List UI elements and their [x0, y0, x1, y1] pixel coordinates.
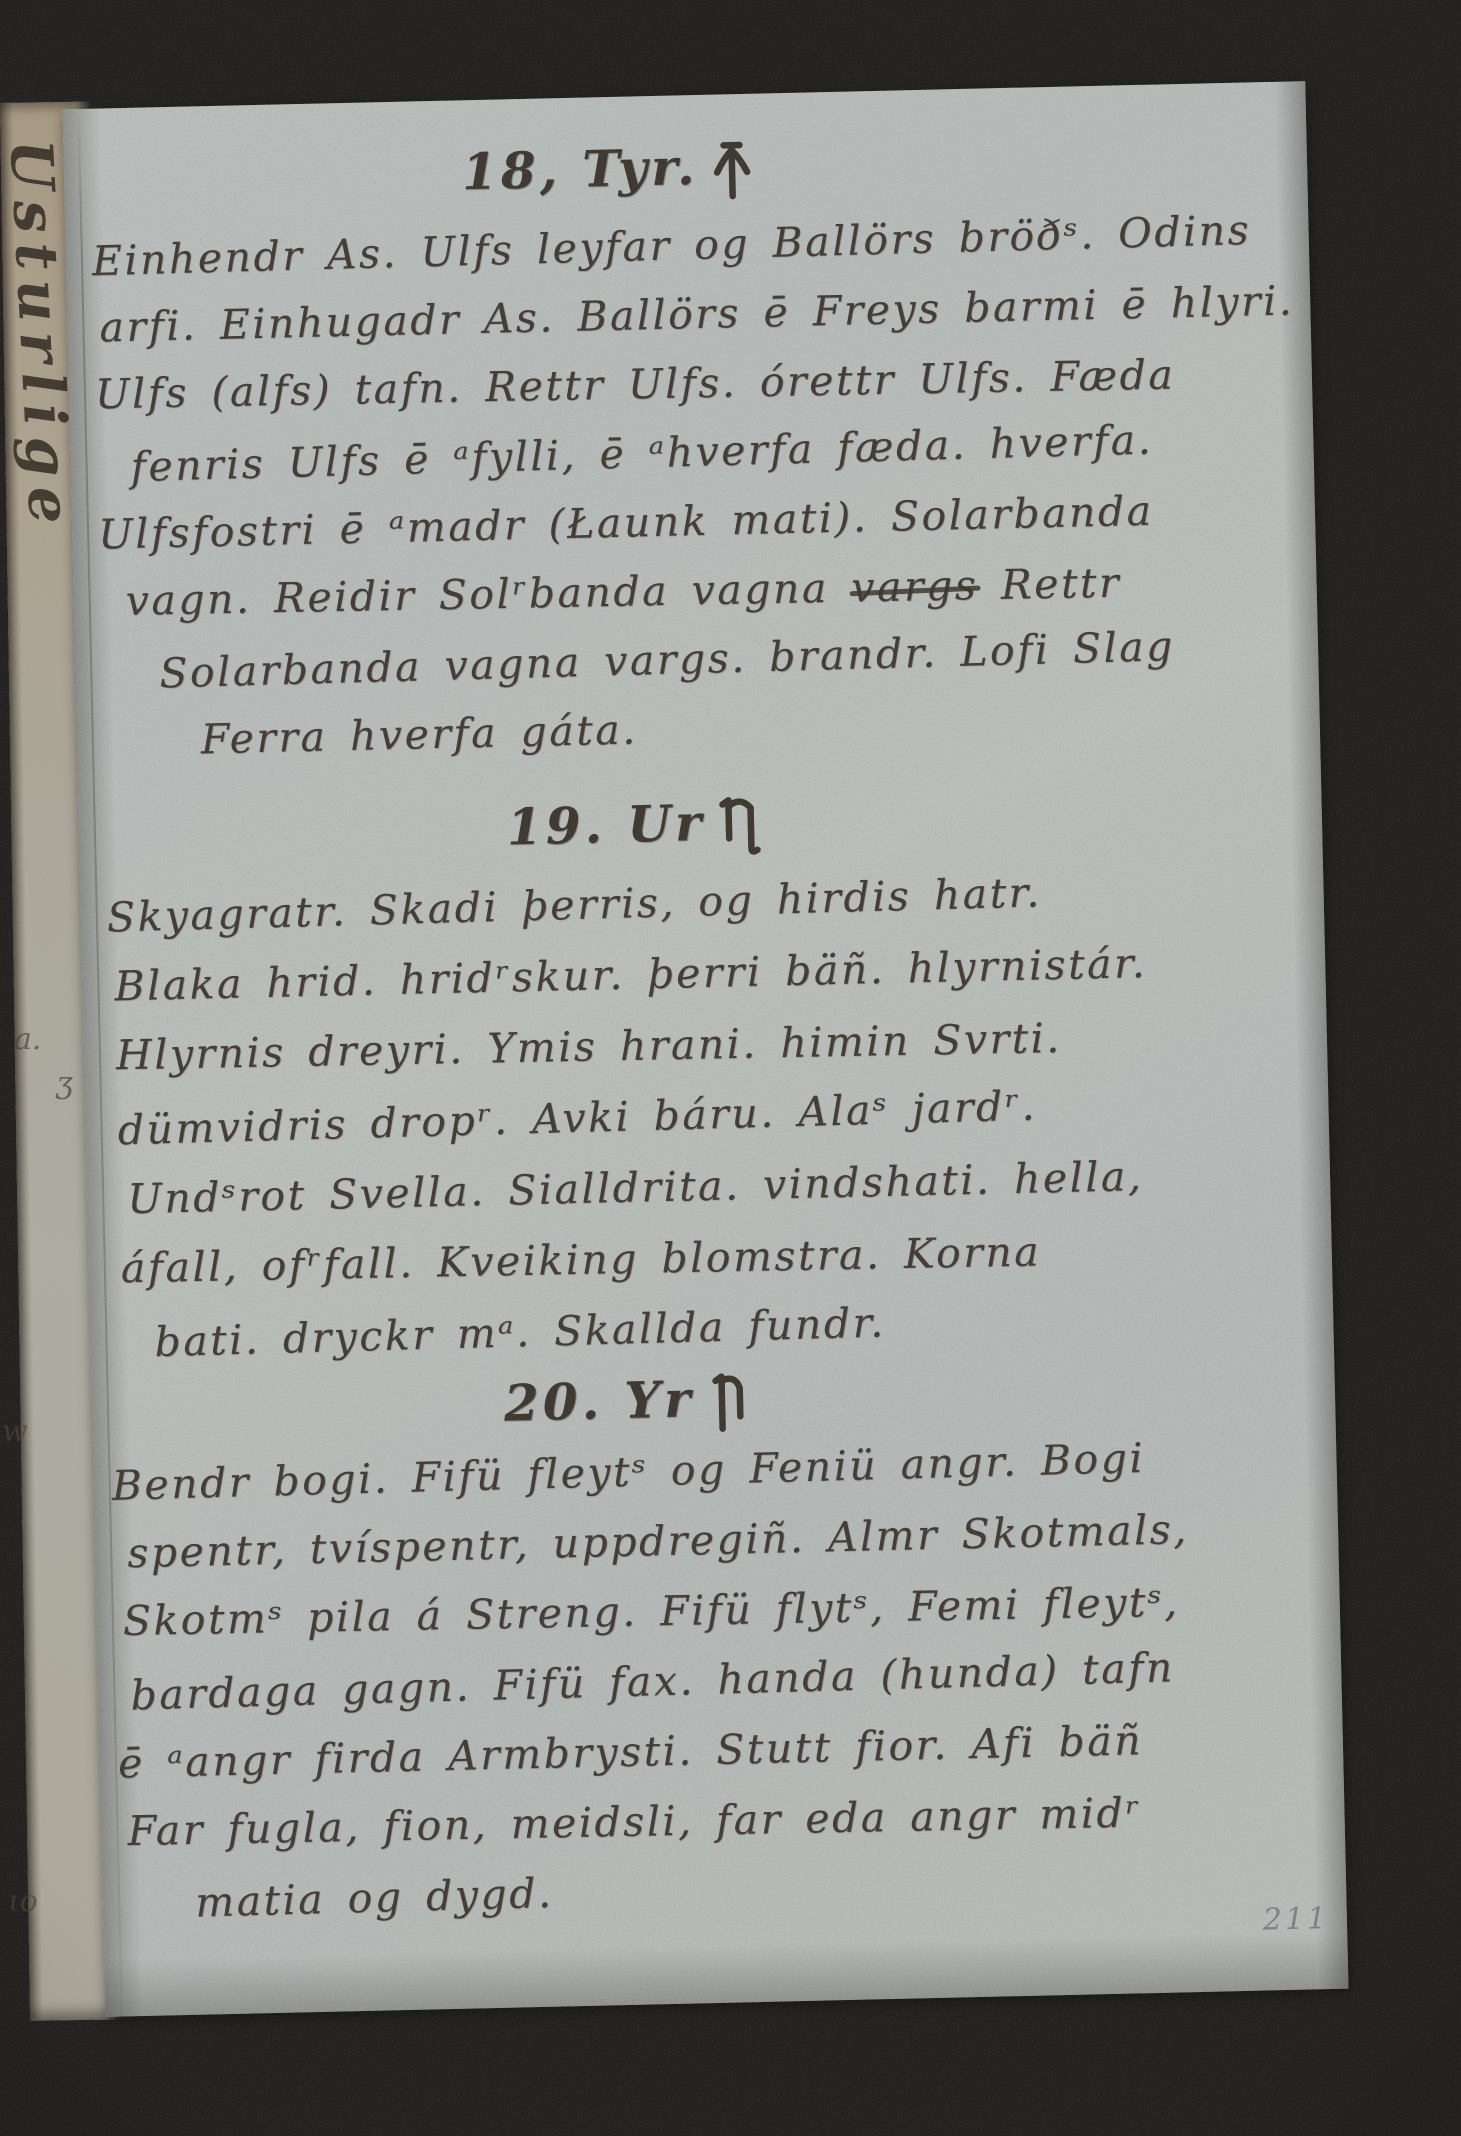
manuscript-line: Solarbanda vagna vargs. brandr. Lofi Sla…	[159, 622, 1176, 697]
ur-rune	[719, 794, 762, 857]
section-title: 20. Yr	[503, 1369, 695, 1432]
section-title: 18, Tyr.	[461, 137, 699, 201]
tyr-rune	[712, 138, 755, 201]
section-header-ur: 19. Ur	[506, 792, 762, 862]
margin-mark: a.	[14, 1022, 41, 1057]
manuscript-line: Ulfsfostri ē ᵃmadr (Łaunk mati). Solarba…	[98, 487, 1154, 559]
manuscript-scan: Usturlige 18, Tyr.Einhendr As. Ulfs leyf…	[0, 0, 1461, 2136]
manuscript-line: Undˢrot Svella. Sialldrita. vindshati. h…	[127, 1152, 1144, 1223]
manuscript-line: Einhendr As. Ulfs leyfar og Ballörs bröð…	[91, 206, 1251, 285]
manuscript-line: Bendr bogi. Fifü fleytˢ og Feniü angr. B…	[111, 1434, 1145, 1510]
yr-rune	[708, 1370, 751, 1433]
manuscript-line: bardaga gagn. Fifü fax. handa (hunda) ta…	[130, 1643, 1175, 1719]
margin-mark: ɩo	[8, 1884, 38, 1919]
folio-number: 211	[1263, 1901, 1330, 1937]
manuscript-line: Far fugla, fion, meidsli, far eda angr m…	[127, 1789, 1142, 1856]
manuscript-page: 18, Tyr.Einhendr As. Ulfs leyfar og Ball…	[63, 81, 1349, 2017]
manuscript-line: Skotmˢ pila á Streng. Fifü flytˢ, Femi f…	[122, 1578, 1180, 1645]
manuscript-line: matia og dygd.	[195, 1869, 554, 1927]
manuscript-line: Hlyrnis dreyri. Ymis hrani. himin Svrti.	[116, 1014, 1063, 1079]
handwritten-content: 18, Tyr.Einhendr As. Ulfs leyfar og Ball…	[63, 81, 1306, 109]
manuscript-line: ē ᵃangr firda Armbrysti. Stutt fior. Afi…	[118, 1716, 1144, 1787]
margin-mark: ʒ	[56, 1066, 73, 1101]
manuscript-line: spentr, tvíspentr, uppdregiñ. Almr Skotm…	[127, 1505, 1189, 1577]
manuscript-line: dümvidris dropʳ. Avki báru. Alaˢ jardʳ.	[117, 1081, 1038, 1154]
manuscript-line: Ulfs (alfs) tafn. Rettr Ulfs. órettr Ulf…	[95, 351, 1176, 419]
manuscript-line: Skyagratr. Skadi þerris, og hirdis hatr.	[106, 868, 1042, 941]
manuscript-line: Ferra hverfa gáta.	[200, 705, 638, 763]
section-title: 19. Ur	[506, 793, 706, 856]
manuscript-line: arfi. Einhugadr As. Ballörs ē Freys barm…	[99, 276, 1295, 351]
manuscript-line: Blaka hrid. hridʳskur. þerri bäñ. hlyrni…	[114, 939, 1148, 1010]
margin-mark: w	[2, 1414, 28, 1449]
manuscript-line: fenris Ulfs ē ᵃfylli, ē ᵃhverfa fæda. hv…	[130, 415, 1154, 491]
manuscript-line: bati. dryckr mᵃ. Skallda fundr.	[154, 1298, 886, 1366]
section-header-yr: 20. Yr	[503, 1368, 751, 1438]
manuscript-line: vagn. Reidir Solʳbanda vagna vargs Rettr	[125, 559, 1121, 625]
manuscript-line: áfall, ofʳfall. Kveiking blomstra. Korna	[120, 1227, 1041, 1292]
struck-word: vargs	[851, 561, 979, 611]
section-header-tyr: 18, Tyr.	[461, 136, 755, 207]
